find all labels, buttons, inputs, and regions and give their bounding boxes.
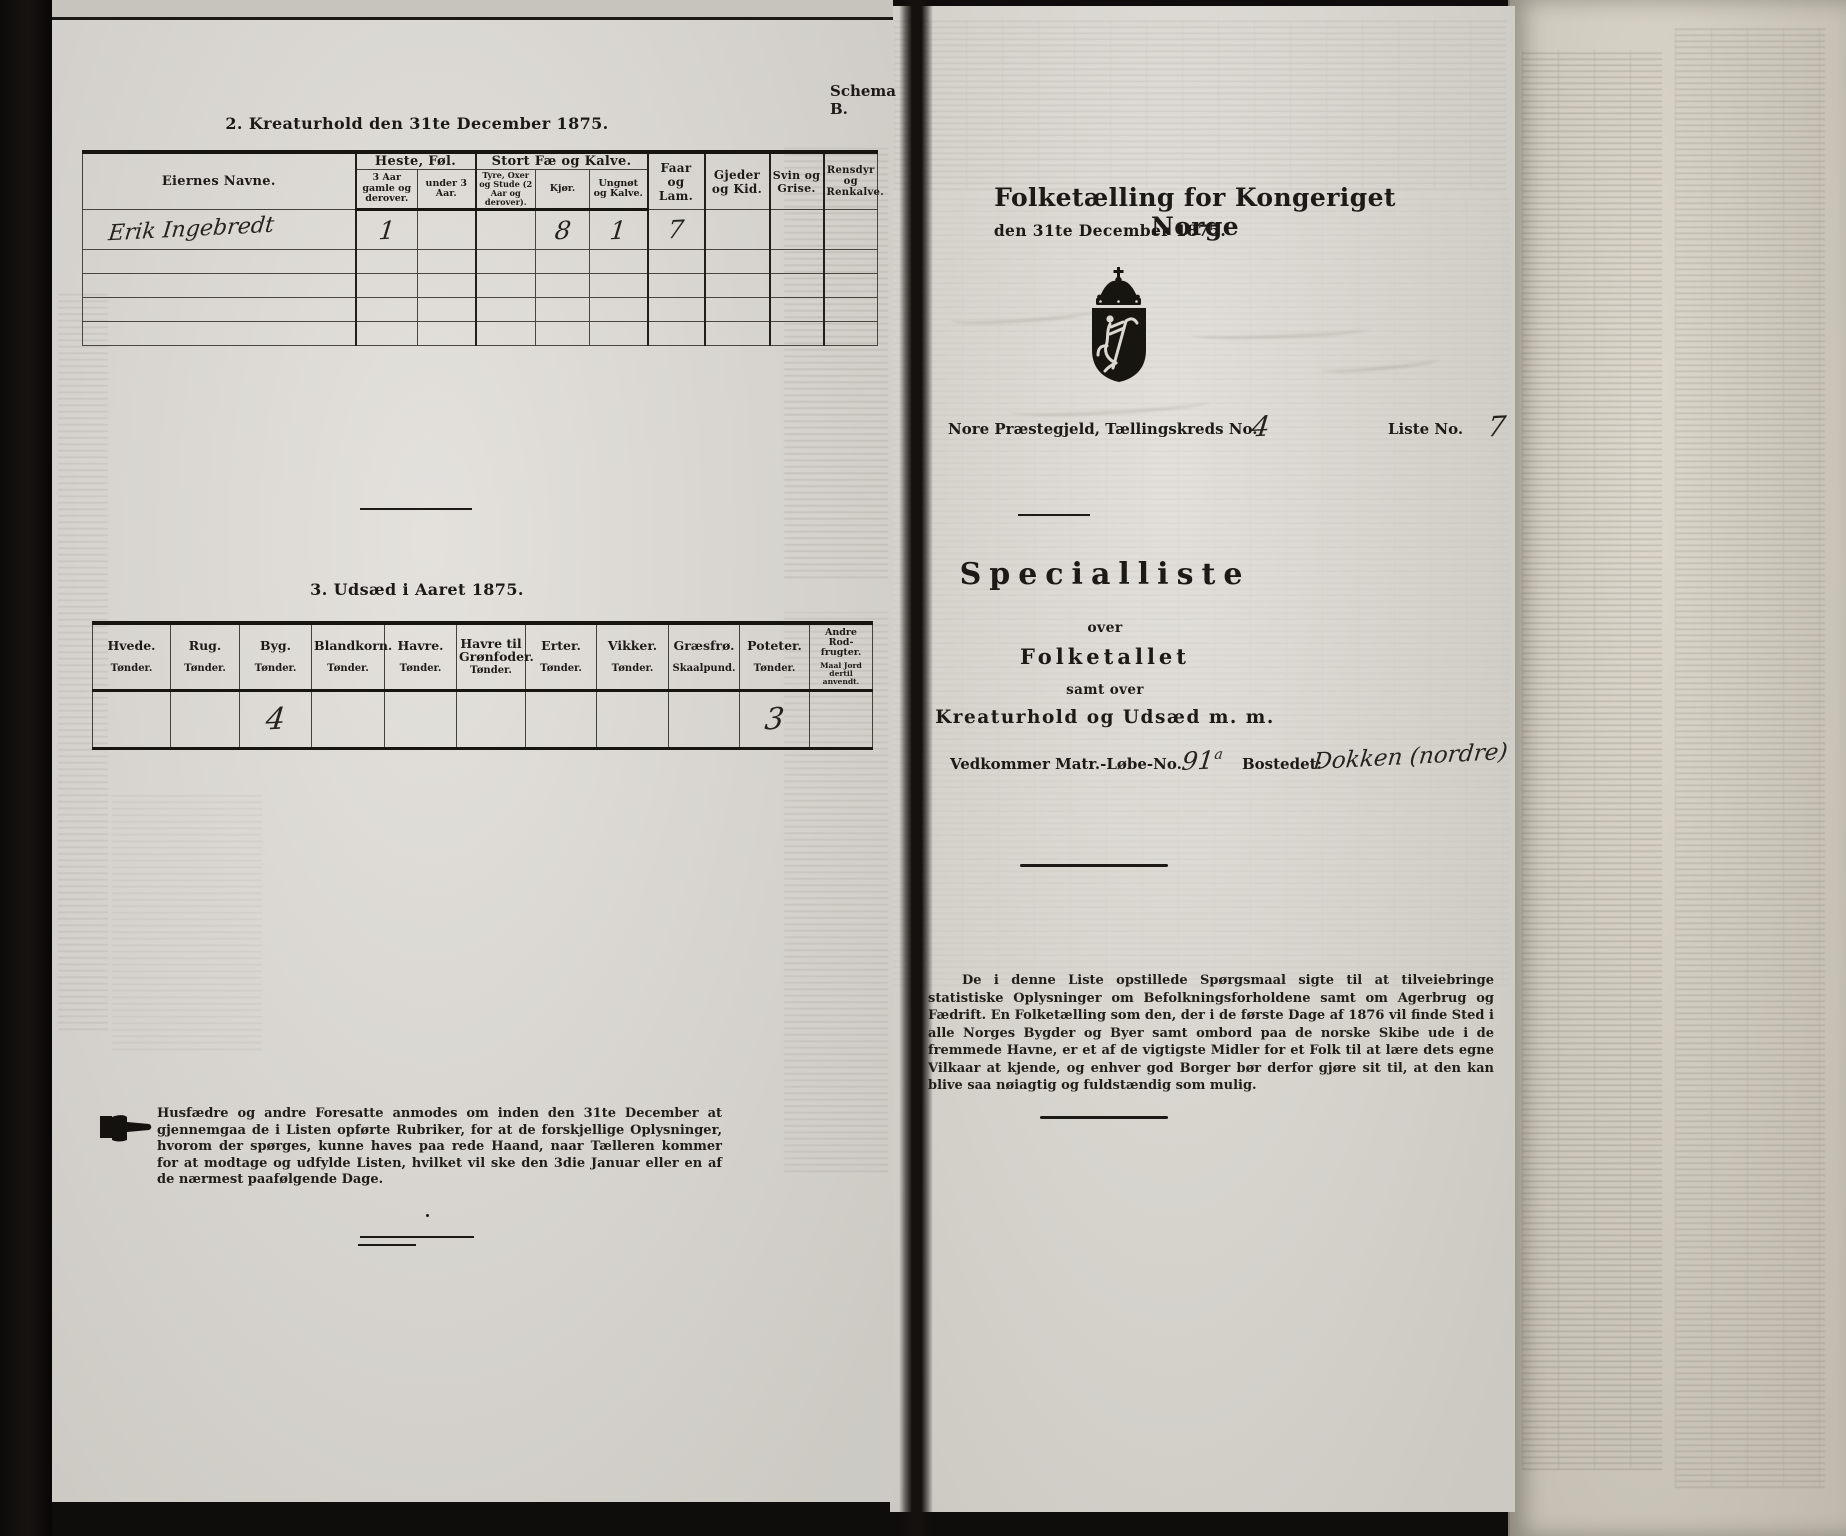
seed-value-rug [171,690,240,748]
value-rensdyr [824,210,878,250]
col-header-heste-3aar: 3 Aar gamle og derover. [356,170,418,210]
seed-value-andre [810,690,873,748]
intro-paragraph: De i denne Liste opstillede Spørgsmaal s… [928,972,1494,1095]
owner-header-cell: Eiernes Navne. [83,152,356,210]
col-header-svin: Svin og Grise. [770,152,824,210]
pointing-hand-icon [100,1110,152,1144]
coat-of-arms-graphic [1080,266,1158,384]
value-svin [770,210,824,250]
right-page: Folketælling for Kongeriget Norge den 31… [890,6,1515,1512]
top-edge-strip [52,0,893,20]
end-rule [358,1244,416,1246]
seed-col-header: Erter.Tønder. [526,623,597,690]
livestock-entry-row: Erik Ingebredt 1 8 1 7 [83,210,878,250]
seed-value-blandkorn [312,690,385,748]
value-heste-under3 [418,210,476,250]
vedkommer-line: Vedkommer Matr.-Løbe-No. 91a Bostedet: D… [890,746,1515,786]
bleed-through-texture [1522,50,1662,1470]
seed-col-header: Poteter.Tønder. [740,623,810,690]
value-heste-3aar: 1 [356,210,418,250]
divider-rule [1040,1116,1168,1119]
seed-value-erter [526,690,597,748]
scan-frame-edge [0,0,52,1536]
footer-note-text: Husfædre og andre Foresatte anmodes om i… [157,1106,722,1189]
seed-table: Hvede.Tønder. Rug.Tønder. Byg.Tønder. Bl… [92,621,873,750]
seed-value-graesfro [669,690,740,748]
value-ungnot: 1 [590,210,648,250]
liste-number-handwritten: 7 [1486,410,1507,444]
seed-value-hvede [93,690,171,748]
seed-value-havre [385,690,457,748]
matr-number-value: 91 [1180,745,1215,776]
seed-value-havre-gronfoder [457,690,526,748]
liste-label: Liste No. [1388,420,1463,438]
seed-col-header: Vikker.Tønder. [597,623,669,690]
seed-title: 3. Udsæd i Aaret 1875. [77,580,757,599]
bleed-through-texture [112,790,262,1050]
seed-col-header: Andre Rod-frugter.Maal Jord dertil anven… [810,623,873,690]
col-header-heste-under3: under 3 Aar. [418,170,476,210]
coat-of-arms [1080,266,1158,384]
seed-col-header: Blandkorn.Tønder. [312,623,385,690]
schema-label: Schema B. [830,82,896,118]
value-kjor: 8 [536,210,590,250]
col-header-ungnot: Ungnøt og Kalve. [590,170,648,210]
value-tyre [476,210,536,250]
col-header-gjeder: Gjeder og Kid. [705,152,770,210]
livestock-empty-row [83,274,878,298]
col-header-rensdyr: Rensdyr og Renkalve. [824,152,878,210]
seed-value-row: 4 3 [93,690,873,748]
col-header-faar: Faar og Lam. [648,152,705,210]
seed-col-header: Havre til Grønfoder.Tønder. [457,623,526,690]
livestock-title: 2. Kreaturhold den 31te December 1875. [77,114,757,133]
matr-number-sup: a [1214,747,1224,763]
col-header-tyre: Tyre, Oxer og Stude (2 Aar og derover). [476,170,536,210]
seed-value-poteter: 3 [740,690,810,748]
census-subtitle: den 31te December 1875. [960,221,1260,240]
left-page: Schema B. 2. Kreaturhold den 31te Decemb… [52,20,893,1502]
group-header-heste: Heste, Føl. [356,152,476,170]
livestock-table: Eiernes Navne. Heste, Føl. Stort Fæ og K… [82,150,878,346]
samt-over-label: samt over [1005,682,1205,698]
group-header-stort-fae: Stort Fæ og Kalve. [476,152,648,170]
livestock-empty-row [83,298,878,322]
value-faar: 7 [648,210,705,250]
seed-value-vikker [597,690,669,748]
specialliste-heading: Specialliste [900,557,1310,592]
end-dot [426,1214,429,1217]
kreaturhold-label: Kreaturhold og Udsæd m. m. [925,707,1285,728]
seed-col-header: Havre.Tønder. [385,623,457,690]
district-line: Nore Præstegjeld, Tællingskreds No. 4 Li… [890,410,1515,454]
seed-col-header: Hvede.Tønder. [93,623,171,690]
livestock-empty-row [83,322,878,346]
value-gjeder [705,210,770,250]
district-prefix: Nore Præstegjeld, Tællingskreds No. [948,420,1257,438]
page-gutter-shadow [899,0,933,1536]
matr-label: Vedkommer Matr.-Løbe-No. [950,755,1182,773]
seed-col-header: Græsfrø.Skaalpund. [669,623,740,690]
livestock-empty-row [83,250,878,274]
over-label: over [1005,620,1205,636]
bosted-label: Bostedet: [1242,755,1322,773]
footer-note: Husfædre og andre Foresatte anmodes om i… [100,1106,750,1189]
divider-rule [360,508,472,510]
seed-value-byg: 4 [240,690,312,748]
divider-rule [1020,864,1168,867]
matr-number-handwritten: 91a [1180,745,1224,776]
livestock-owner-name: Erik Ingebredt [83,210,356,250]
folketallet-label: Folketallet [950,644,1260,669]
bleed-through-texture [1675,28,1825,1488]
divider-rule [1018,514,1090,516]
col-header-kjor: Kjør. [536,170,590,210]
end-rule [360,1236,474,1238]
bleed-through-texture [894,20,1506,190]
seed-col-header: Rug.Tønder. [171,623,240,690]
seed-col-header: Byg.Tønder. [240,623,312,690]
backing-sheet [1508,0,1846,1536]
kreds-number-handwritten: 4 [1250,410,1271,444]
